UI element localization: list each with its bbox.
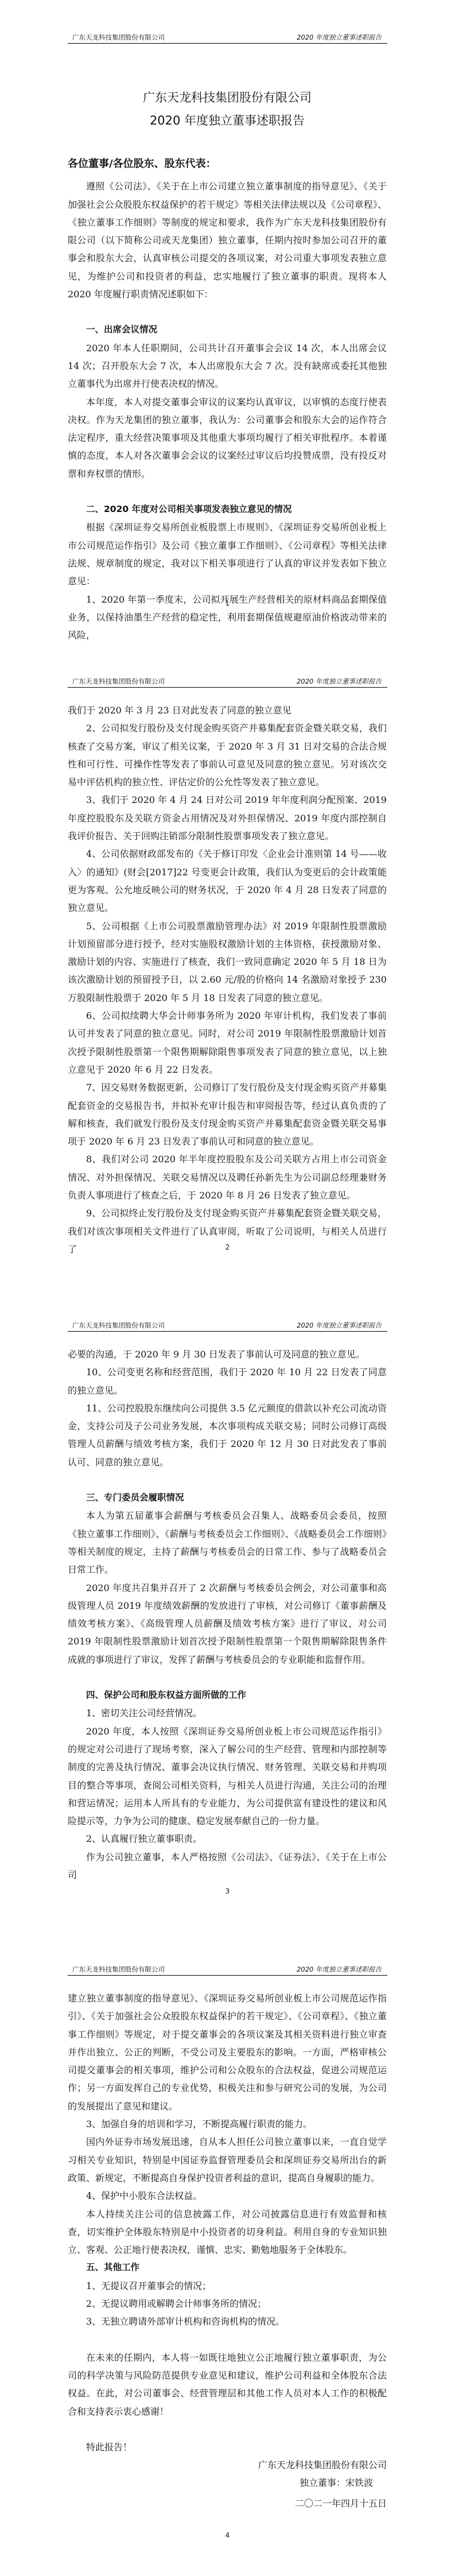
section-4-subheading: 3、加强自身的培训和学习，不断提高履行职责的能力。 bbox=[68, 2115, 387, 2133]
opinion-item: 3、我们于 2020 年 4 月 24 日对公司 2019 年年度利润分配预案、… bbox=[68, 791, 387, 845]
page-number: 4 bbox=[0, 2531, 455, 2539]
signature-company: 广东天龙科技集团股份有限公司 bbox=[68, 2456, 387, 2474]
header-company: 广东天龙科技集团股份有限公司 bbox=[72, 677, 165, 685]
section-3-heading: 三、专门委员会履职情况 bbox=[68, 1489, 387, 1507]
signature-director: 独立董事：宋铁波 bbox=[68, 2474, 387, 2492]
section-4-heading: 四、保护公司和股东权益方面所做的工作 bbox=[68, 1686, 387, 1704]
document-subtitle: 2020 年度独立董事述职报告 bbox=[68, 109, 387, 132]
page-header: 广东天龙科技集团股份有限公司 2020 年度独立董事述职报告 bbox=[68, 677, 387, 688]
section-3-paragraph: 本人为第五届董事会薪酬与考核委员会召集人、战略委员会委员，按照《独立董事工作细则… bbox=[68, 1507, 387, 1578]
section-1-paragraph: 2020 年本人任职期间，公司共计召开董事会会议 14 次，本人出席会议 14 … bbox=[68, 339, 387, 393]
header-company: 广东天龙科技集团股份有限公司 bbox=[72, 33, 165, 41]
section-2-intro: 根据《深圳证券交易所创业板股票上市规则》、《深圳证券交易所创业板上市公司规范运作… bbox=[68, 518, 387, 590]
page-number: 3 bbox=[0, 1887, 455, 1895]
opinion-item: 1、2020 年第一季度末，公司拟开展生产经营相关的原材料商品套期保值业务，以保… bbox=[68, 591, 387, 644]
section-4-paragraph: 本人持续关注公司的信息披露工作，对公司披露信息进行有效监督和核查，切实维护全体股… bbox=[68, 2205, 387, 2259]
document-title: 广东天龙科技集团股份有限公司 bbox=[68, 86, 387, 109]
section-4-subheading: 4、保护中小股东合法权益。 bbox=[68, 2187, 387, 2205]
page-header: 广东天龙科技集团股份有限公司 2020 年度独立董事述职报告 bbox=[68, 33, 387, 44]
section-1-paragraph: 本年度，本人对提交董事会审议的议案均认真审议，以审慎的态度行使表决权。作为天龙集… bbox=[68, 393, 387, 483]
page-body: 必要的沟通，于 2020 年 9 月 30 日发表了事前认可及同意的独立意见。 … bbox=[68, 1345, 387, 1884]
section-1-heading: 一、出席会议情况 bbox=[68, 321, 387, 339]
opinion-item: 6、公司拟续聘大华会计师事务所为 2020 年审计机构，我们发表了事前认可并发表… bbox=[68, 1007, 387, 1078]
page-4: 广东天龙科技集团股份有限公司 2020 年度独立董事述职报告 建立独立董事制度的… bbox=[0, 1932, 455, 2576]
page-header: 广东天龙科技集团股份有限公司 2020 年度独立董事述职报告 bbox=[68, 1965, 387, 1976]
section-4-paragraph: 国内外证券市场发展迅速，自从本人担任公司独立董事以来，一直自觉学习相关专业知识，… bbox=[68, 2133, 387, 2187]
section-4-paragraph: 作为公司独立董事，本人严格按照《公司法》、《证券法》、《关于在上市公司 bbox=[68, 1848, 387, 1884]
sign-off: 特此报告！ bbox=[68, 2438, 387, 2456]
section-4-paragraph-continued: 建立独立董事制度的指导意见》、《深圳证券交易所创业板上市公司规范运作指引》、《关… bbox=[68, 1989, 387, 2115]
page-2: 广东天龙科技集团股份有限公司 2020 年度独立董事述职报告 我们于 2020 … bbox=[0, 644, 455, 1288]
page-body: 我们于 2020 年 3 月 23 日对此发表了同意的独立意见 2、公司拟发行股… bbox=[68, 701, 387, 1258]
section-3-paragraph: 2020 年度共召集并召开了 2 次薪酬与考核委员会例会，对公司董事和高级管理人… bbox=[68, 1579, 387, 1669]
other-work-item: 1、无提议召开董事会的情况； bbox=[68, 2277, 387, 2295]
section-5-heading: 五、其他工作 bbox=[68, 2259, 387, 2276]
intro-paragraph: 遵照《公司法》、《关于在上市公司建立独立董事制度的指导意见》、《关于加强社会公众… bbox=[68, 177, 387, 303]
header-report-title: 2020 年度独立董事述职报告 bbox=[297, 33, 382, 41]
header-company: 广东天龙科技集团股份有限公司 bbox=[72, 1321, 165, 1329]
opinion-item: 8、我们对公司 2020 年半年度控股股东及公司关联方占用上市公司资金情况、对外… bbox=[68, 1150, 387, 1204]
page-3: 广东天龙科技集团股份有限公司 2020 年度独立董事述职报告 必要的沟通，于 2… bbox=[0, 1288, 455, 1932]
section-4-subheading: 2、认真履行独立董事职责。 bbox=[68, 1830, 387, 1848]
header-report-title: 2020 年度独立董事述职报告 bbox=[297, 1321, 382, 1329]
section-4-paragraph: 2020 年度，本人按照《深圳证券交易所创业板上市公司规范运作指引》的规定对公司… bbox=[68, 1722, 387, 1830]
page-body: 建立独立董事制度的指导意见》、《深圳证券交易所创业板上市公司规范运作指引》、《关… bbox=[68, 1989, 387, 2512]
page-header: 广东天龙科技集团股份有限公司 2020 年度独立董事述职报告 bbox=[68, 1321, 387, 1332]
opinion-item: 5、公司根据《上市公司股票激励管理办法》对 2019 年限制性股票激励计划预留部… bbox=[68, 917, 387, 1007]
opinion-item: 2、公司拟发行股份及支付现金购买资产并募集配套资金暨关联交易，我们核查了交易方案… bbox=[68, 719, 387, 791]
page-number: 2 bbox=[0, 1243, 455, 1251]
header-report-title: 2020 年度独立董事述职报告 bbox=[297, 677, 382, 685]
signature-date: 二〇二一年四月十五日 bbox=[68, 2494, 387, 2512]
opinion-item: 11、公司控股股东继续向公司提供 3.5 亿元额度的借款以补充公司流动资金，支持… bbox=[68, 1399, 387, 1471]
opinion-item-continued: 我们于 2020 年 3 月 23 日对此发表了同意的独立意见 bbox=[68, 701, 387, 719]
greeting: 各位董事/各位股东、股东代表： bbox=[68, 155, 387, 173]
section-4-subheading: 1、密切关注公司经营情况。 bbox=[68, 1704, 387, 1722]
opinion-item: 10、公司变更名称和经营范围，我们于 2020 年 10 月 22 日发表了同意… bbox=[68, 1363, 387, 1399]
closing-paragraph: 在未来的任期内，本人将一如既往地独立公正地履行独立董事职责，为公司的科学决策与风… bbox=[68, 2349, 387, 2420]
page-1: 广东天龙科技集团股份有限公司 2020 年度独立董事述职报告 广东天龙科技集团股… bbox=[0, 0, 455, 644]
header-report-title: 2020 年度独立董事述职报告 bbox=[297, 1965, 382, 1973]
other-work-item: 2、无提议聘用或解聘会计师事务所的情况； bbox=[68, 2295, 387, 2313]
header-company: 广东天龙科技集团股份有限公司 bbox=[72, 1965, 165, 1973]
opinion-item: 7、因交易财务数据更新，公司修订了发行股份及支付现金购买资产并募集配套资金的交易… bbox=[68, 1078, 387, 1150]
opinion-item-continued: 必要的沟通，于 2020 年 9 月 30 日发表了事前认可及同意的独立意见。 bbox=[68, 1345, 387, 1363]
other-work-item: 3、无独立聘请外部审计机构和咨询机构的情况。 bbox=[68, 2313, 387, 2330]
page-number: 1 bbox=[0, 599, 455, 607]
opinion-item: 4、公司依据财政部发布的《关于修订印发〈企业会计准则第 14 号——收入〉的通知… bbox=[68, 845, 387, 917]
page-body: 广东天龙科技集团股份有限公司 2020 年度独立董事述职报告 各位董事/各位股东… bbox=[68, 86, 387, 644]
section-2-heading: 二、2020 年度对公司相关事项发表独立意见的情况 bbox=[68, 501, 387, 518]
